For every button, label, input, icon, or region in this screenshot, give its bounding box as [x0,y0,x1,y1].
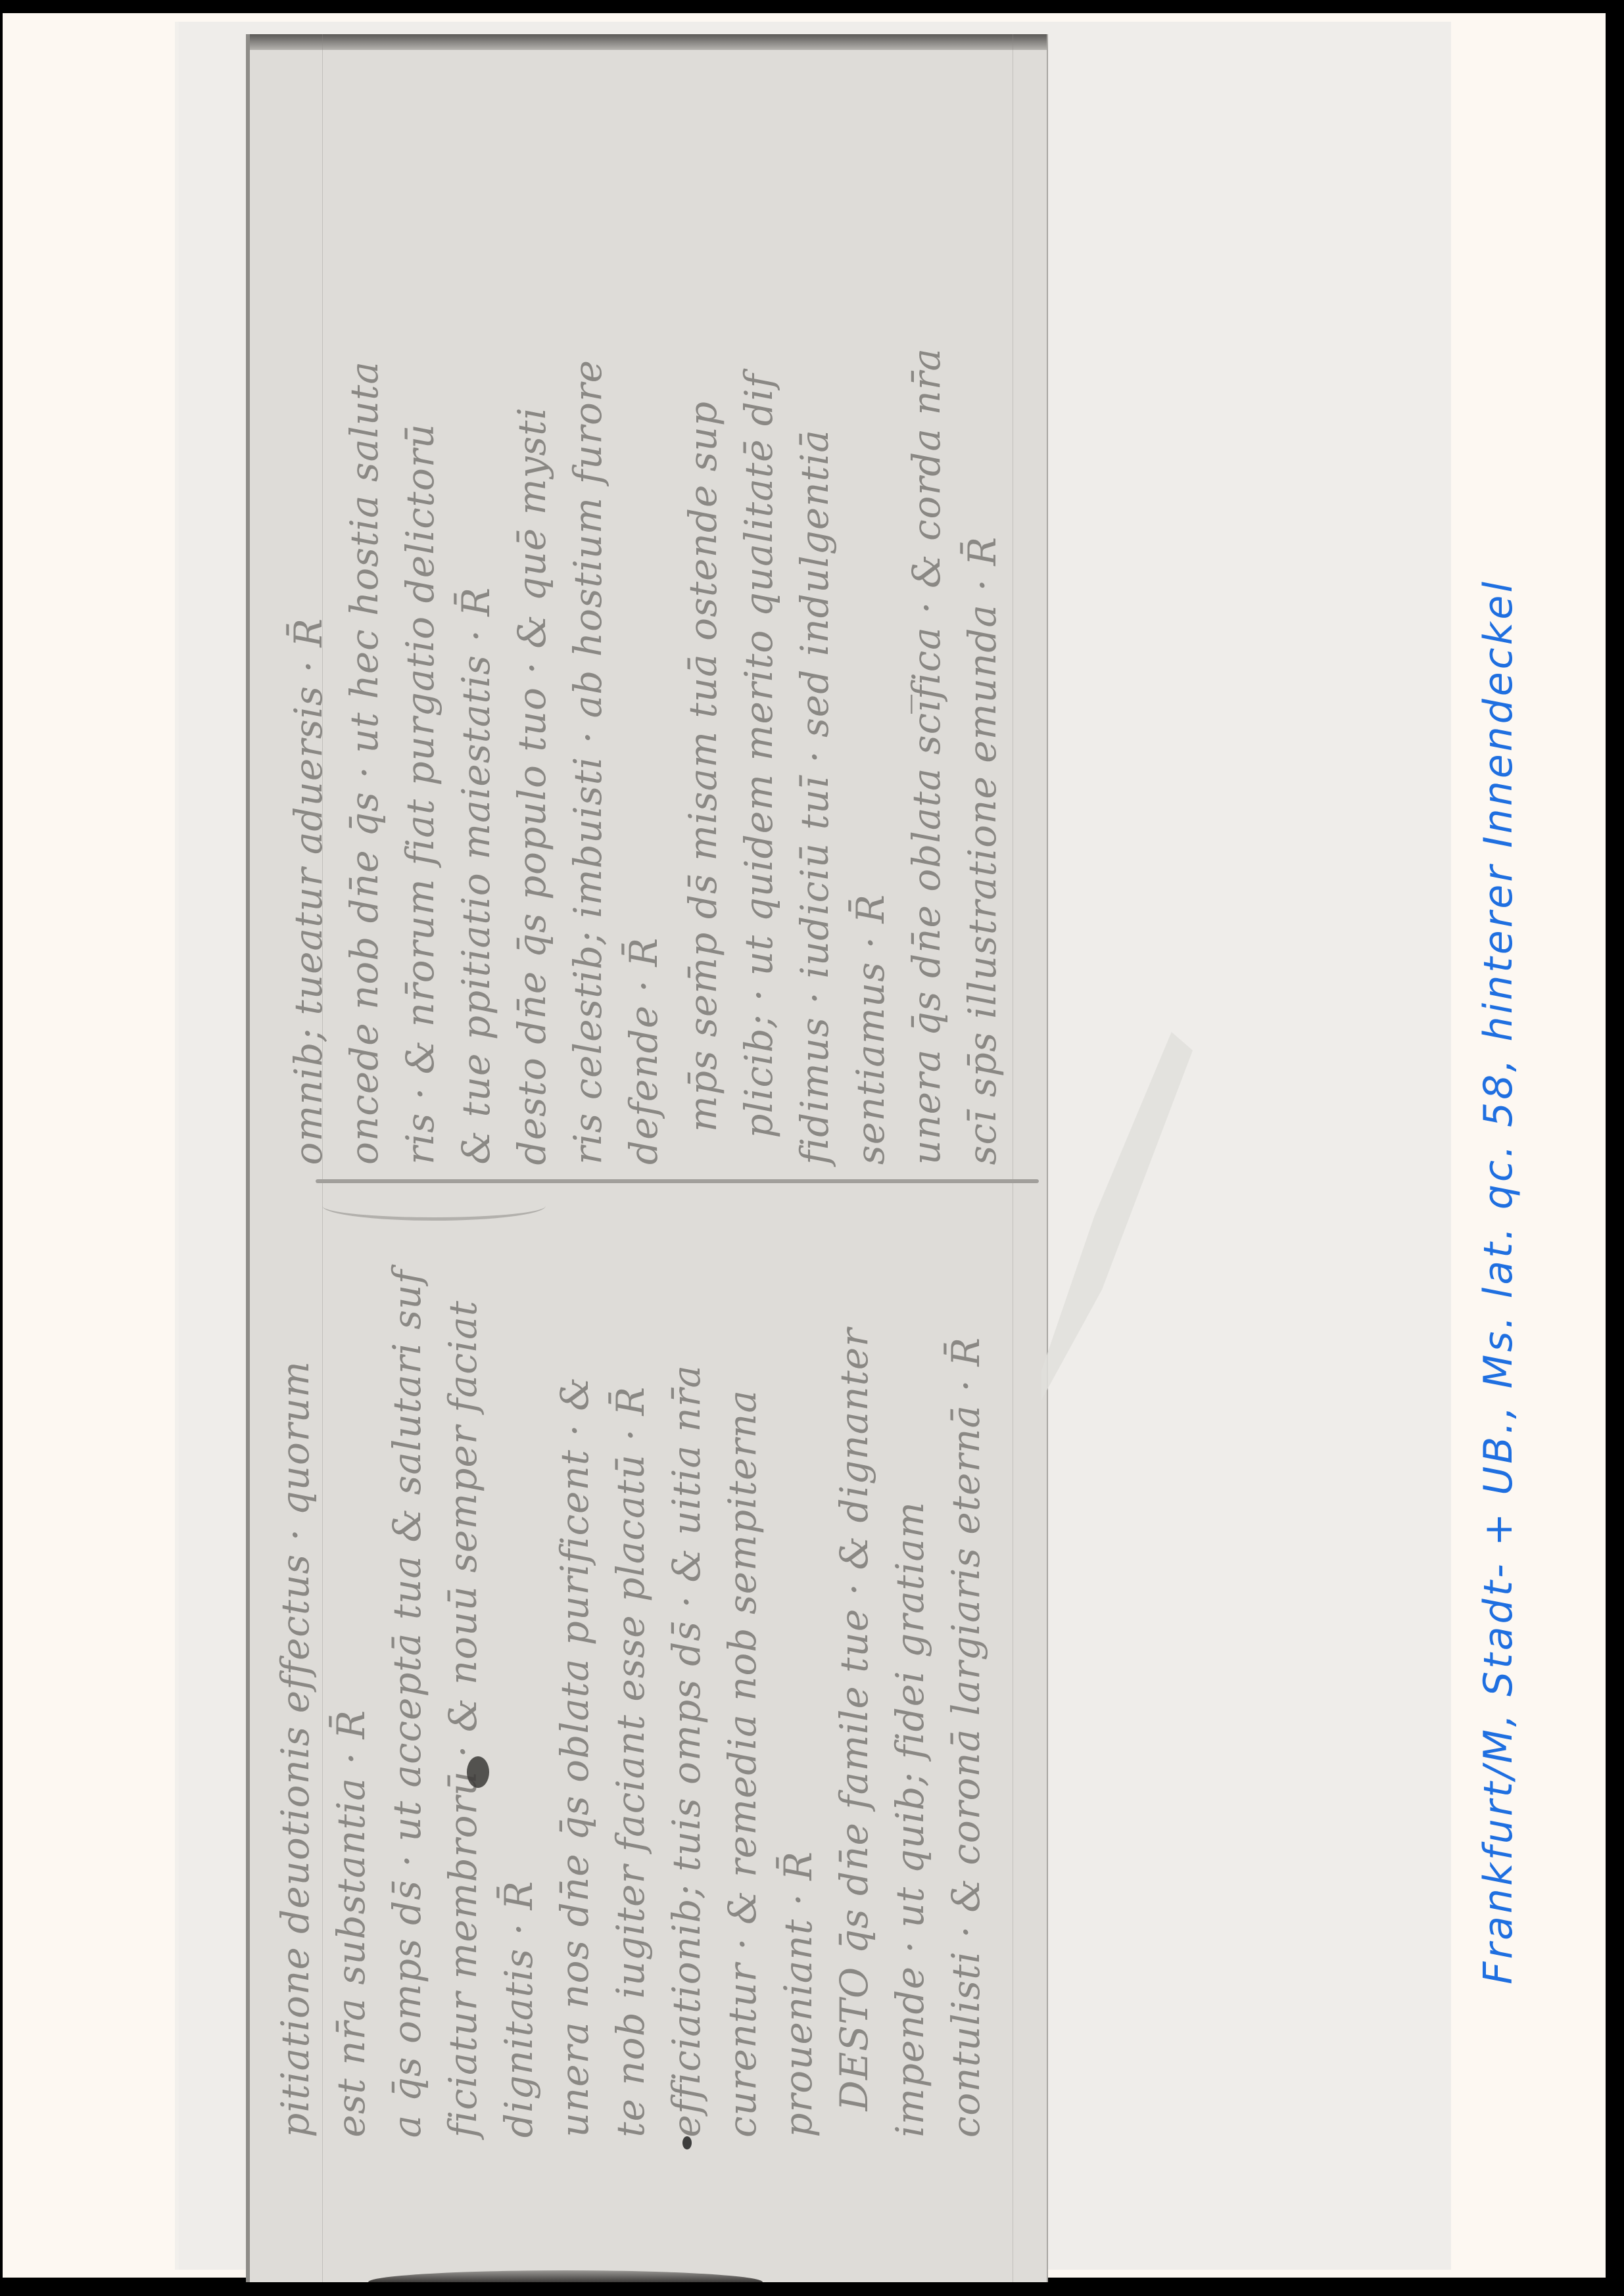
text-column-lower: pitiatione deuotionis effectus · quorum … [250,1217,1047,2138]
worm-hole [467,1756,489,1788]
text-line: ris · & nr̄orum fiat purgatio delictorū [401,423,439,1165]
text-column-upper: omnib; tueatur aduersis · R̄ oncede nob … [250,139,1047,1165]
worm-hole [682,2136,692,2149]
text-line: DESTO q̄s dn̄e famile tue · & dignanter [835,1328,873,2111]
text-line: defende · R̄ [625,937,663,1165]
text-line: a q̄s omps ds̄ · ut acceptā tua & saluta… [388,1269,426,2138]
text-line: sentiamus · R̄ [851,894,890,1165]
text-line: scī sp̄s illustratione emunda · R̄ [963,536,1001,1165]
text-line: ris celestib; imbuisti · ab hostium furo… [569,360,607,1165]
text-line: efficiationib; tuis omps ds̄ · & uitia n… [667,1365,705,2138]
fragment-torn-edge-top [250,34,1047,50]
annotation-text: Frankfurt/M, Stadt- + UB., Ms. lat. qc. … [1475,579,1521,1984]
text-line: curentur · & remedia nob sempiterna [723,1390,761,2138]
text-line: te nob iugiter faciant esse placatū · R̄ [611,1386,650,2138]
text-line: oncede nob dn̄e q̄s · ut hec hostia salu… [345,361,383,1165]
handwritten-shelfmark-annotation: Frankfurt/M, Stadt- + UB., Ms. lat. qc. … [1459,578,1538,1985]
text-line: unera q̄s dn̄e oblata sci̅fica · & corda… [907,348,945,1165]
text-line: est nr̄a substantia · R̄ [332,1710,370,2138]
text-line: plicib; · ut quidem merito qualitatē dif [740,373,778,1138]
text-line: ficiatur membrorū · & nouū semper faciat [444,1300,482,2138]
fragment-torn-edge-bottom [368,2270,763,2282]
text-line: & tue ppitiatio maiestatis · R̄ [457,587,495,1165]
fold-crease [316,1179,1039,1183]
text-line: mp̄s sem̄p ds̄ misam tuā ostende sup [684,401,722,1132]
text-line: dignitatis · R̄ [500,1881,538,2138]
text-line: impende · ut quib; fidei gratiam [891,1501,929,2138]
scan-sheet: omnib; tueatur aduersis · R̄ oncede nob … [3,13,1606,2278]
text-line: contulisti · & coronā largiaris eternā ·… [947,1337,985,2138]
parchment-fragment: omnib; tueatur aduersis · R̄ oncede nob … [246,34,1048,2282]
text-line: unera nos dn̄e q̄s oblata purificent · & [556,1376,594,2138]
text-line: proueniant · R̄ [779,1851,817,2138]
text-line: pitiatione deuotionis effectus · quorum [276,1361,314,2138]
text-line: desto dn̄e q̄s populo tuo · & quē mysti [513,407,551,1165]
text-line: fidimus · iudiciū tuī · sed indulgentiā [796,429,834,1165]
text-line: omnib; tueatur aduersis · R̄ [289,618,327,1165]
fold-crease-curve [322,1191,546,1221]
